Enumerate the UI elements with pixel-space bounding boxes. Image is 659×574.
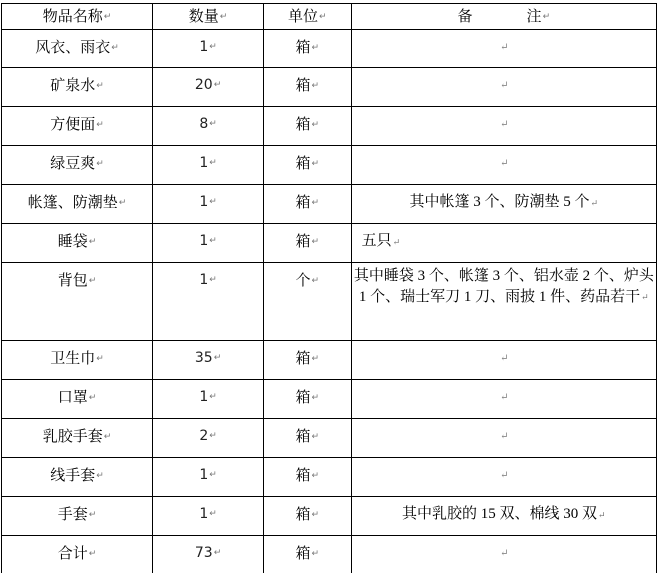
cell-unit: 箱↵ [263,497,351,536]
paragraph-mark-icon: ↵ [96,159,104,169]
paragraph-mark-icon: ↵ [209,197,217,207]
cell-name: 绿豆爽↵ [2,146,153,185]
cell-remark: 其中睡袋 3 个、帐篷 3 个、铝水壶 2 个、炉头 1 个、瑞士军刀 1 刀、… [351,263,656,341]
paragraph-mark-icon: ↵ [500,158,508,169]
table-row: 背包↵1↵个↵其中睡袋 3 个、帐篷 3 个、铝水壶 2 个、炉头 1 个、瑞士… [2,263,657,341]
cell-remark: 其中乳胶的 15 双、棉线 30 双↵ [351,497,656,536]
paragraph-mark-icon: ↵ [312,237,320,247]
cell-name: 矿泉水↵ [2,68,153,107]
paragraph-mark-icon: ↵ [214,548,222,558]
table-row: 卫生巾↵35↵箱↵↵ [2,341,657,380]
cell-remark: 五只↵ [351,224,656,263]
paragraph-mark-icon: ↵ [312,510,320,520]
paragraph-mark-icon: ↵ [319,12,327,22]
cell-quantity: 1↵ [153,458,264,497]
paragraph-mark-icon: ↵ [96,120,104,130]
cell-remark: ↵ [351,341,656,380]
header-name: 物品名称↵ [2,4,153,30]
cell-remark: 其中帐篷 3 个、防潮垫 5 个↵ [351,185,656,224]
cell-quantity: 1↵ [153,263,264,341]
paragraph-mark-icon: ↵ [209,509,217,519]
cell-quantity: 20↵ [153,68,264,107]
paragraph-mark-icon: ↵ [312,43,320,53]
cell-name: 卫生巾↵ [2,341,153,380]
paragraph-mark-icon: ↵ [312,159,320,169]
header-row: 物品名称↵ 数量↵ 单位↵ 备注↵ [2,4,657,30]
paragraph-mark-icon: ↵ [500,42,508,53]
paragraph-mark-icon: ↵ [312,471,320,481]
cell-quantity: 1↵ [153,146,264,185]
paragraph-mark-icon: ↵ [89,393,97,403]
table-row: 矿泉水↵20↵箱↵↵ [2,68,657,107]
paragraph-mark-icon: ↵ [312,354,320,364]
paragraph-mark-icon: ↵ [214,80,222,90]
cell-name: 乳胶手套↵ [2,419,153,458]
paragraph-mark-icon: ↵ [500,392,508,403]
paragraph-mark-icon: ↵ [214,353,222,363]
paragraph-mark-icon: ↵ [312,549,320,559]
table-row: 手套↵1↵箱↵其中乳胶的 15 双、棉线 30 双↵ [2,497,657,536]
cell-name: 合计↵ [2,536,153,574]
cell-quantity: 35↵ [153,341,264,380]
cell-unit: 箱↵ [263,419,351,458]
cell-unit: 箱↵ [263,380,351,419]
paragraph-mark-icon: ↵ [500,470,508,481]
paragraph-mark-icon: ↵ [89,510,97,520]
cell-remark: ↵ [351,419,656,458]
cell-unit: 箱↵ [263,146,351,185]
table-row: 线手套↵1↵箱↵↵ [2,458,657,497]
paragraph-mark-icon: ↵ [96,81,104,91]
paragraph-mark-icon: ↵ [96,471,104,481]
paragraph-mark-icon: ↵ [209,275,217,285]
paragraph-mark-icon: ↵ [312,432,320,442]
cell-name: 手套↵ [2,497,153,536]
cell-unit: 个↵ [263,263,351,341]
paragraph-mark-icon: ↵ [96,354,104,364]
paragraph-mark-icon: ↵ [312,198,320,208]
paragraph-mark-icon: ↵ [500,353,508,364]
supplies-table: 物品名称↵ 数量↵ 单位↵ 备注↵ 风衣、雨衣↵1↵箱↵↵矿泉水↵20↵箱↵↵方… [1,3,657,573]
paragraph-mark-icon: ↵ [312,276,320,286]
paragraph-mark-icon: ↵ [209,236,217,246]
cell-name: 风衣、雨衣↵ [2,30,153,68]
cell-name: 背包↵ [2,263,153,341]
cell-unit: 箱↵ [263,30,351,68]
header-remark: 备注↵ [351,4,656,30]
cell-quantity: 1↵ [153,497,264,536]
cell-quantity: 1↵ [153,30,264,68]
cell-quantity: 1↵ [153,224,264,263]
cell-name: 口罩↵ [2,380,153,419]
cell-remark: ↵ [351,536,656,574]
paragraph-mark-icon: ↵ [220,12,228,22]
paragraph-mark-icon: ↵ [500,80,508,91]
table-row: 合计↵73↵箱↵↵ [2,536,657,574]
cell-quantity: 2↵ [153,419,264,458]
header-quantity: 数量↵ [153,4,264,30]
header-unit: 单位↵ [263,4,351,30]
paragraph-mark-icon: ↵ [89,549,97,559]
cell-name: 睡袋↵ [2,224,153,263]
paragraph-mark-icon: ↵ [598,510,606,520]
paragraph-mark-icon: ↵ [393,237,401,247]
paragraph-mark-icon: ↵ [500,119,508,130]
paragraph-mark-icon: ↵ [89,276,97,286]
cell-unit: 箱↵ [263,68,351,107]
paragraph-mark-icon: ↵ [209,42,217,52]
cell-remark: ↵ [351,146,656,185]
table-row: 绿豆爽↵1↵箱↵↵ [2,146,657,185]
table-row: 乳胶手套↵2↵箱↵↵ [2,419,657,458]
cell-unit: 箱↵ [263,107,351,146]
paragraph-mark-icon: ↵ [591,198,599,208]
paragraph-mark-icon: ↵ [312,81,320,91]
paragraph-mark-icon: ↵ [89,237,97,247]
cell-quantity: 1↵ [153,185,264,224]
cell-name: 线手套↵ [2,458,153,497]
paragraph-mark-icon: ↵ [312,393,320,403]
paragraph-mark-icon: ↵ [312,120,320,130]
cell-unit: 箱↵ [263,458,351,497]
paragraph-mark-icon: ↵ [641,292,649,302]
cell-quantity: 73↵ [153,536,264,574]
cell-quantity: 8↵ [153,107,264,146]
paragraph-mark-icon: ↵ [104,432,112,442]
cell-unit: 箱↵ [263,341,351,380]
cell-remark: ↵ [351,458,656,497]
paragraph-mark-icon: ↵ [500,431,508,442]
cell-name: 帐篷、防潮垫↵ [2,185,153,224]
table-row: 方便面↵8↵箱↵↵ [2,107,657,146]
cell-name: 方便面↵ [2,107,153,146]
paragraph-mark-icon: ↵ [104,12,112,22]
cell-unit: 箱↵ [263,185,351,224]
cell-unit: 箱↵ [263,224,351,263]
table-row: 睡袋↵1↵箱↵五只↵ [2,224,657,263]
paragraph-mark-icon: ↵ [209,470,217,480]
table-row: 帐篷、防潮垫↵1↵箱↵其中帐篷 3 个、防潮垫 5 个↵ [2,185,657,224]
cell-unit: 箱↵ [263,536,351,574]
cell-remark: ↵ [351,68,656,107]
cell-remark: ↵ [351,30,656,68]
paragraph-mark-icon: ↵ [209,158,217,168]
paragraph-mark-icon: ↵ [119,198,127,208]
cell-quantity: 1↵ [153,380,264,419]
cell-remark: ↵ [351,380,656,419]
paragraph-mark-icon: ↵ [500,548,508,559]
paragraph-mark-icon: ↵ [209,392,217,402]
table-row: 风衣、雨衣↵1↵箱↵↵ [2,30,657,68]
paragraph-mark-icon: ↵ [209,431,217,441]
table-row: 口罩↵1↵箱↵↵ [2,380,657,419]
paragraph-mark-icon: ↵ [111,43,119,53]
paragraph-mark-icon: ↵ [543,12,551,22]
cell-remark: ↵ [351,107,656,146]
paragraph-mark-icon: ↵ [209,119,217,129]
